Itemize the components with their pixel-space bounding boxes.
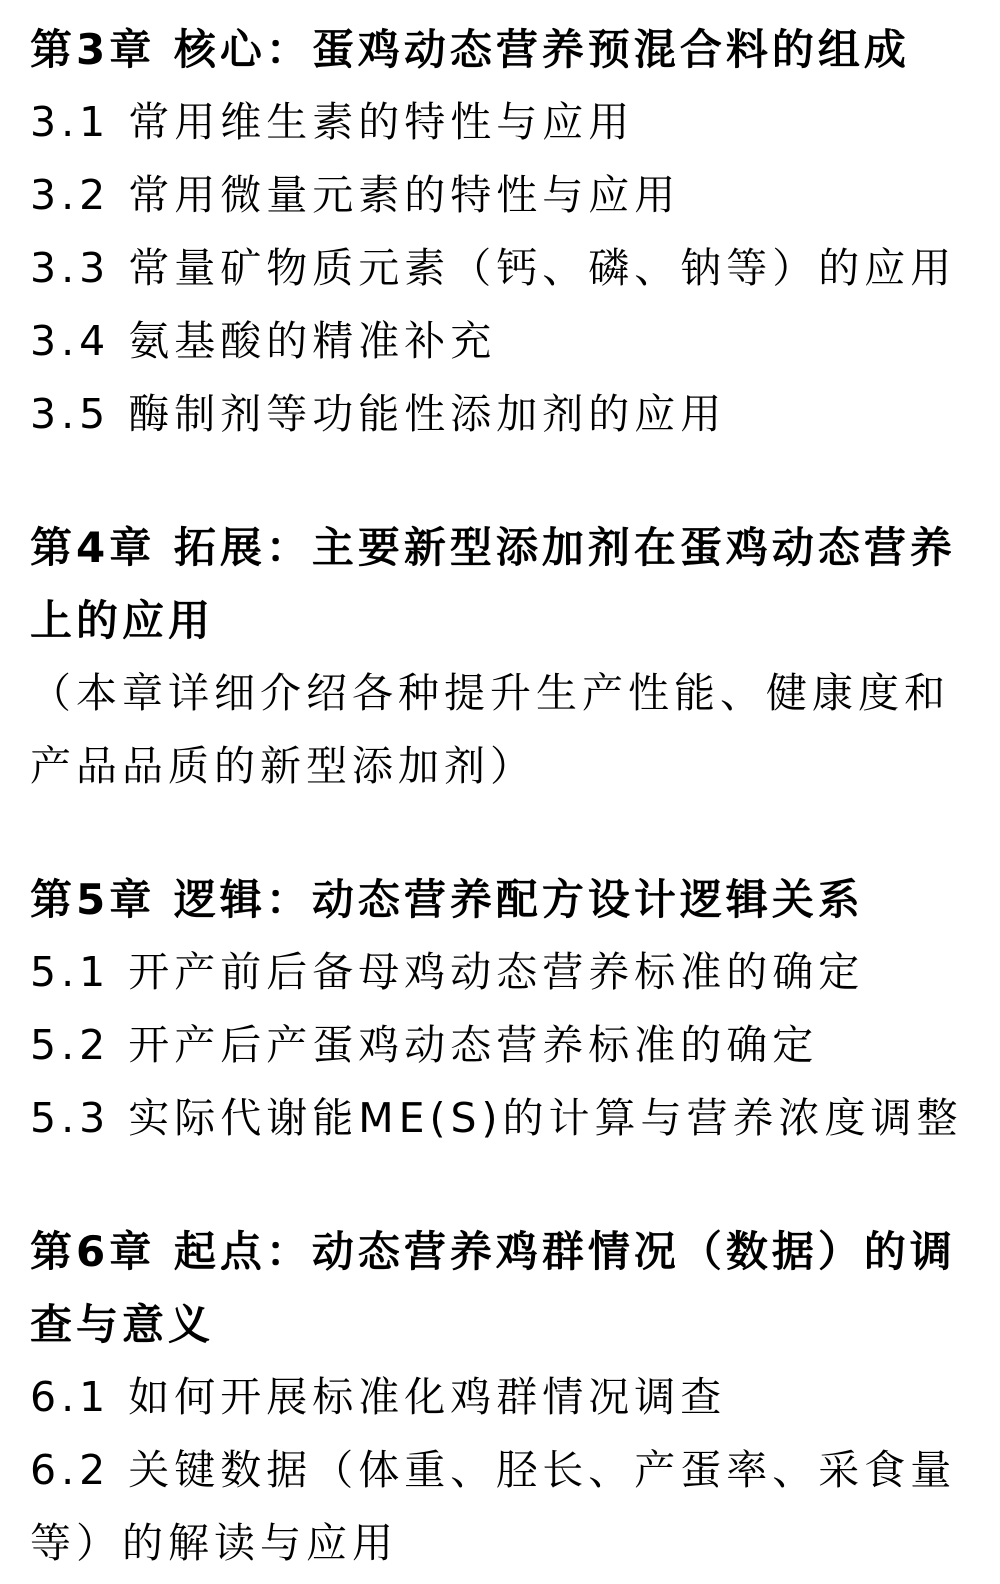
toc-item-5-3: 5.3 实际代谢能ME(S)的计算与营养浓度调整: [30, 1082, 970, 1155]
chapter-6-heading: 第6章 起点：动态营养鸡群情况（数据）的调查与意义: [30, 1215, 970, 1361]
chapter-6-section: 第6章 起点：动态营养鸡群情况（数据）的调查与意义 6.1 如何开展标准化鸡群情…: [30, 1215, 970, 1580]
chapter-3-section: 第3章 核心：蛋鸡动态营养预混合料的组成 3.1 常用维生素的特性与应用 3.2…: [30, 13, 970, 451]
toc-item-3-2: 3.2 常用微量元素的特性与应用: [30, 159, 970, 232]
toc-item-6-1: 6.1 如何开展标准化鸡群情况调查: [30, 1361, 970, 1434]
toc-item-5-2: 5.2 开产后产蛋鸡动态营养标准的确定: [30, 1009, 970, 1082]
chapter-5-section: 第5章 逻辑：动态营养配方设计逻辑关系 5.1 开产前后备母鸡动态营养标准的确定…: [30, 863, 970, 1155]
chapter-5-heading: 第5章 逻辑：动态营养配方设计逻辑关系: [30, 863, 970, 936]
toc-item-3-4: 3.4 氨基酸的精准补充: [30, 305, 970, 378]
toc-item-5-1: 5.1 开产前后备母鸡动态营养标准的确定: [30, 936, 970, 1009]
toc-item-3-5: 3.5 酶制剂等功能性添加剂的应用: [30, 378, 970, 451]
chapter-4-note: （本章详细介绍各种提升生产性能、健康度和产品品质的新型添加剂）: [30, 657, 970, 803]
toc-item-3-3: 3.3 常量矿物质元素（钙、磷、钠等）的应用: [30, 232, 970, 305]
chapter-4-section: 第4章 拓展：主要新型添加剂在蛋鸡动态营养上的应用 （本章详细介绍各种提升生产性…: [30, 511, 970, 803]
chapter-3-heading: 第3章 核心：蛋鸡动态营养预混合料的组成: [30, 13, 970, 86]
chapter-4-heading: 第4章 拓展：主要新型添加剂在蛋鸡动态营养上的应用: [30, 511, 970, 657]
toc-item-3-1: 3.1 常用维生素的特性与应用: [30, 86, 970, 159]
toc-item-6-2: 6.2 关键数据（体重、胫长、产蛋率、采食量等）的解读与应用: [30, 1434, 970, 1580]
toc-page: 第3章 核心：蛋鸡动态营养预混合料的组成 3.1 常用维生素的特性与应用 3.2…: [0, 0, 1000, 1584]
